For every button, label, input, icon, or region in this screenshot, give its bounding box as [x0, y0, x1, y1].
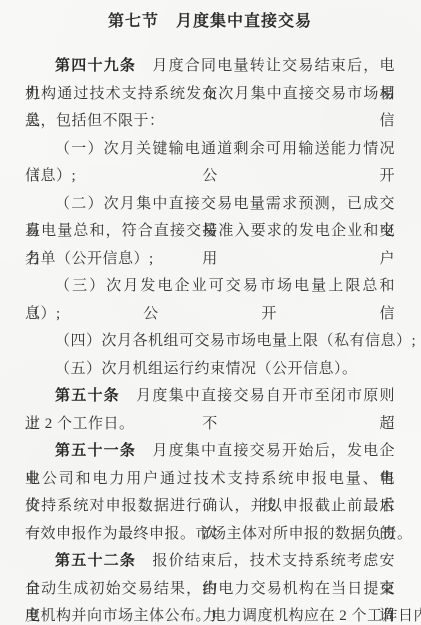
- doc-line: （五）次月机组运行约束情况（公开信息）。: [25, 356, 395, 384]
- doc-line: 有效申报作为最终申报。市场主体对所申报的数据负责。: [25, 521, 395, 549]
- line-text: 有效申报作为最终申报。市场主体对所申报的数据负责。: [25, 526, 413, 542]
- doc-line: （三）次月发电企业可交易市场电量上限总和（公开信: [25, 273, 395, 301]
- doc-line: 第五十一条 月度集中直接交易开始后，发电企业、售: [25, 438, 395, 466]
- doc-line: 度机构并向市场主体公布。电力调度机构应在 2 个工作日内: [25, 603, 395, 625]
- document-page: 第七节 月度集中直接交易 第四十九条 月度合同电量转让交易结束后，电力交易 机构…: [0, 0, 421, 625]
- doc-line: （二）次月集中直接交易电量需求预测，已成交直接交: [25, 191, 395, 219]
- article-number: 第五十条: [55, 388, 120, 404]
- line-text: 息）;: [25, 306, 61, 322]
- doc-line: 电公司和电力用户通过技术支持系统申报电量、电价。技术: [25, 466, 395, 494]
- line-text: 度机构并向市场主体公布。电力调度机构应在 2 个工作日内: [25, 608, 421, 624]
- section-title: 第七节 月度集中直接交易: [25, 10, 395, 34]
- doc-line: 易电量总和，符合直接交易准入要求的发电企业和电力用户: [25, 218, 395, 246]
- line-text: （四）次月各机组可交易市场电量上限（私有信息）;: [55, 333, 416, 349]
- line-text: （五）次月机组运行约束情况（公开信息）。: [55, 361, 358, 377]
- line-text: （三）次月发电企业可交易市场电量上限总和（公开信: [25, 278, 395, 322]
- doc-line: 支持系统对申报数据进行确认，并以申报截止前最后一次的: [25, 493, 395, 521]
- doc-line: 第五十二条 报价结束后，技术支持系统考虑安全约束: [25, 548, 395, 576]
- doc-line: 机构通过技术支持系统发布次月集中直接交易市场相关信: [25, 81, 395, 109]
- line-text: 信息）;: [25, 168, 76, 184]
- article-number: 第五十一条: [55, 443, 136, 459]
- article-number: 第四十九条: [55, 58, 136, 74]
- article-number: 第五十二条: [55, 553, 136, 569]
- doc-line: 第五十条 月度集中直接交易自开市至闭市原则上不超: [25, 383, 395, 411]
- line-text: 名单（公开信息）;: [25, 251, 154, 267]
- line-text: （一）次月关键输电通道剩余可用输送能力情况（公开: [25, 141, 395, 185]
- doc-line: 第四十九条 月度合同电量转让交易结束后，电力交易: [25, 53, 395, 81]
- doc-line: （四）次月各机组可交易市场电量上限（私有信息）;: [25, 328, 395, 356]
- line-text: 息，包括但不限于：: [25, 113, 165, 129]
- doc-line: 自动生成初始交易结果，由电力交易机构在当日提交电力调: [25, 576, 395, 604]
- doc-line: （一）次月关键输电通道剩余可用输送能力情况（公开: [25, 136, 395, 164]
- line-text: 过 2 个工作日。: [25, 416, 135, 432]
